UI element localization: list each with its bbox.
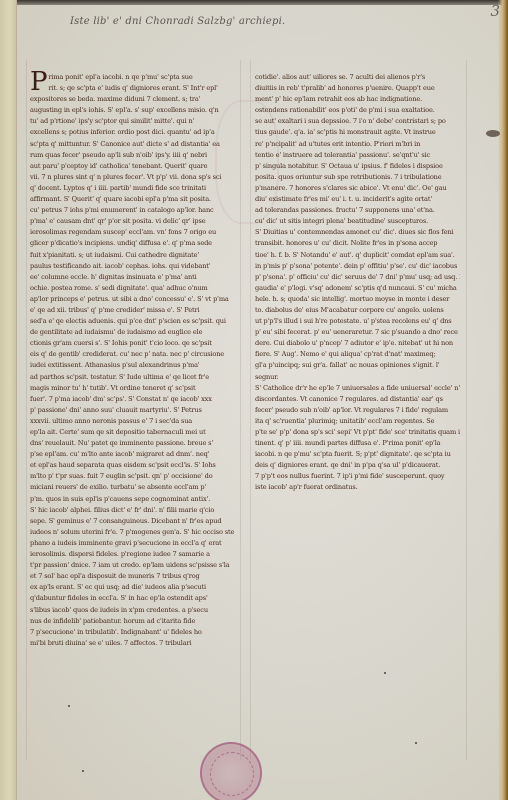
text-line: S' Diuitias u' contemnendas amonet cu' d… bbox=[255, 227, 460, 238]
text-line: transibit. honores u' cu' dicit. Nolite … bbox=[255, 238, 460, 249]
text-line: 7 p'p't eos nullus fuerint. 7 ip'i p'mi … bbox=[255, 471, 460, 482]
ruling-line bbox=[26, 60, 27, 760]
text-line: tioe' h. f. b. S' Notandu' e' aut'. q' d… bbox=[255, 250, 460, 261]
speck bbox=[82, 770, 84, 772]
text-line: s'libus iacob' quos de iudeis in x'pm cr… bbox=[30, 605, 235, 616]
text-line: ad parthos sc'psit. testatur. S' Iude ul… bbox=[30, 372, 235, 383]
text-line: fiere. S' Aug'. Nemo e' qui aliqua' cp'r… bbox=[255, 349, 460, 360]
text-line: ostendens rationabilit' eos p'oti' de p'… bbox=[255, 105, 460, 116]
text-line: miciani reuers' de exilio. turbatu' se a… bbox=[30, 482, 235, 493]
text-line: iudeos n' solum uterini fr'e. 7 p'mogene… bbox=[30, 527, 235, 538]
ownership-inscription: Iste lib' e' dni Chonradi Salzbg' archie… bbox=[70, 16, 285, 27]
text-line: p'se epl'am. cu' m'lto ante iacob' migra… bbox=[30, 449, 235, 460]
top-edge-shadow bbox=[0, 0, 508, 5]
text-line: re' p'ncipalit' ad u'tutes erit intentio… bbox=[255, 139, 460, 150]
text-line: p' passione' dni' anno suu' cluauit mart… bbox=[30, 405, 235, 416]
text-line: ee' columne eccle. h' dignitas insinuata… bbox=[30, 272, 235, 283]
text-line: ad tolerandas passiones. fructu' 7 suppo… bbox=[255, 205, 460, 216]
text-line: augusting in epl's iohis. S' epl'a. s' s… bbox=[30, 105, 235, 116]
text-line: de gentilitate ad iudaismu' de iudaismo … bbox=[30, 327, 235, 338]
text-line: excellens s; potius inferior. ordio post… bbox=[30, 127, 235, 138]
text-line: rit. s; qe sc'pta e' iudis q' digniores … bbox=[48, 83, 235, 94]
text-line: tinent. q' p' iiii. mundi partes diffusa… bbox=[255, 438, 460, 449]
text-line: p'ma' e' causam dnt' qr' p'or sit posita… bbox=[30, 216, 235, 227]
text-line: to. diabolus de' eius M'acabatur corpore… bbox=[255, 305, 460, 316]
text-line: rima ponit' epl'a iacobi. n qe p'mu' sc'… bbox=[48, 72, 235, 83]
text-line: t'pr passion' dnice. 7 iam ut credo. ep'… bbox=[30, 560, 235, 571]
text-line: iudei extitissent. Athanasius p'sul alex… bbox=[30, 360, 235, 371]
gilt-page-edge bbox=[498, 0, 508, 800]
speck bbox=[415, 742, 417, 744]
text-line: gaudia' e' p'logi. v'sq' adonem' sc'ptis… bbox=[255, 283, 460, 294]
text-line: ut p'p'l's illud i sui h're potestate. u… bbox=[255, 316, 460, 327]
text-line: sed'a e' qe electis aduenis. qui p'ce dn… bbox=[30, 316, 235, 327]
text-line: fecer' pseudo sub n'oib' ap'lor. Vt regu… bbox=[255, 405, 460, 416]
speck bbox=[68, 705, 70, 707]
text-line: ierosolimis. dispersi fideles. p'regione… bbox=[30, 549, 235, 560]
text-line: tu' ad p'rtione' ips'y sc'ptor qui simil… bbox=[30, 116, 235, 127]
text-line: paulus testificando ait. iacob' cephas. … bbox=[30, 261, 235, 272]
manuscript-page: 3 Iste lib' e' dni Chonradi Salzbg' arch… bbox=[0, 0, 508, 800]
text-line: hele. h. s; quoda' sic intellig'. mortuo… bbox=[255, 294, 460, 305]
text-line: sc'pta q' mittuntur. S' Canonice aut' di… bbox=[30, 139, 235, 150]
seal-inner-ring bbox=[210, 752, 254, 796]
library-stamp-seal bbox=[200, 742, 262, 800]
text-line: p'te se' p'p' dona sp's sci' sepi' Vt p'… bbox=[255, 427, 460, 438]
text-line: fuit x'pianitati. s; ut iudaismi. Cui ca… bbox=[30, 250, 235, 261]
text-line: magis minor tu' h' tutib'. Vt ordine ten… bbox=[30, 383, 235, 394]
text-column-right: cotidie'. alios aut' uiliores se. 7 acul… bbox=[255, 72, 460, 494]
text-line: ctionis gr'am cuersi s'. S' Iohis ponit'… bbox=[30, 338, 235, 349]
text-column-left: P rima ponit' epl'a iacobi. n qe p'mu' s… bbox=[30, 72, 235, 649]
text-line: ierosolimas regendam suscep' eccl'am. vn… bbox=[30, 227, 235, 238]
decorated-initial: P bbox=[30, 71, 47, 93]
text-line: tius gaude'. q'a. ia' sc'ptis hi monstra… bbox=[255, 127, 460, 138]
text-line: posita. quos oriuntur sub spe retributio… bbox=[255, 172, 460, 183]
text-line: ep'la ait. Certe' sum qe sit depositio t… bbox=[30, 427, 235, 438]
text-line: ita q' sc'ruentia' plurimiq; unitatib' e… bbox=[255, 416, 460, 427]
text-line: S' Catholice dr'r he ep'le 7 uniuersales… bbox=[255, 383, 460, 394]
text-line: diuitiis in reb' t'pralib' ad honores p'… bbox=[255, 83, 460, 94]
text-line: dere. Cui diabolo u' p'ncep' 7 adiutor e… bbox=[255, 338, 460, 349]
text-line: ap'lor princeps e' petrus. ut sibi a dno… bbox=[30, 294, 235, 305]
text-line: deis q' digniores erant. qe dni' in p'pa… bbox=[255, 460, 460, 471]
text-line: cu' dic' ut sitis integri plena' beatitu… bbox=[255, 216, 460, 227]
text-line: expositores se beda. maxime diduni 7 cle… bbox=[30, 94, 235, 105]
text-line: se aut' exaltari i sua depssioe. 7 i'o n… bbox=[255, 116, 460, 127]
text-line: diu' existimate fr'es mi' eu' i. t. u. i… bbox=[255, 194, 460, 205]
binding-gutter bbox=[0, 0, 17, 800]
text-line: 7 p'secucione' in tribulatib'. Indignaba… bbox=[30, 627, 235, 638]
folio-number: 3 bbox=[490, 2, 500, 20]
text-line: segnur. bbox=[255, 372, 460, 383]
text-line: p' eu' sibi fecerat. p' eu' ueneraretur.… bbox=[255, 327, 460, 338]
text-line: p' singula notabitur. S' Octaua u' ipsiu… bbox=[255, 161, 460, 172]
text-line: phano a iudeis imminente gravi p'secucio… bbox=[30, 538, 235, 549]
text-line: p'manere. 7 honores s'clares sic abice'.… bbox=[255, 183, 460, 194]
text-line: sepe. S' geminus e' 7 consanguineus. Dic… bbox=[30, 516, 235, 527]
text-line: iacobi. n qe p'mu' sc'pta fuerit. S; p'p… bbox=[255, 449, 460, 460]
text-line: ex ap'ls erant. S' ec qui usq; ad die' i… bbox=[30, 582, 235, 593]
text-line: aut paru' p'ceptoy id' catholica' teneba… bbox=[30, 161, 235, 172]
text-line: ochie. postea rome. s' sedi dignitate'. … bbox=[30, 283, 235, 294]
text-line: xxxvii. ultimo anno neronis passus e' 7 … bbox=[30, 416, 235, 427]
text-line: et epl'as haud separata quas eisdem sc'p… bbox=[30, 460, 235, 471]
text-line: glicer p'dicatio's incipiens. undiq' dif… bbox=[30, 238, 235, 249]
text-line: e' qe ad xii. tribus' q' p'me credider' … bbox=[30, 305, 235, 316]
text-line: in p'mis p' p'sona' potente'. dein p' of… bbox=[255, 261, 460, 272]
ruling-line bbox=[466, 60, 467, 760]
text-line: dns' reuelauit. Nu' patet qe imminente p… bbox=[30, 438, 235, 449]
text-line: vii. 7 n plures sint q' n plures fecer'.… bbox=[30, 172, 235, 183]
text-line: p'm. quos in suis epl'is p'cauens sepe c… bbox=[30, 494, 235, 505]
text-line: rum quas fecer' pseudo ap'li sub n'oib' … bbox=[30, 150, 235, 161]
text-line: nus de infidelib' patiebantur. horum ad … bbox=[30, 616, 235, 627]
text-line: iste iacob' ap'r fuerat ordinatus. bbox=[255, 482, 460, 493]
text-line: gl'a p'uincipq; sui gr'a. fallat' ac nou… bbox=[255, 360, 460, 371]
text-line: cotidie'. alios aut' uiliores se. 7 acul… bbox=[255, 72, 460, 83]
text-line: S' hic iacob' alphei. filius dict' e' fr… bbox=[30, 505, 235, 516]
text-line: q'dabuntur fideles in eccl'a. S' in hac … bbox=[30, 593, 235, 604]
speck bbox=[384, 672, 386, 674]
text-line: fuer'. 7 p'ma iacob' dm' sc'ps'. S' Cons… bbox=[30, 394, 235, 405]
text-line: ment' p' hic ep'lam retrahit eos ab hac … bbox=[255, 94, 460, 105]
text-line: mi'bi bruti diuina' se e' uiles. 7 affec… bbox=[30, 638, 235, 649]
text-line: q' docent. Lyptos q' i iiii. partib' mun… bbox=[30, 183, 235, 194]
ink-blot bbox=[486, 130, 500, 137]
text-line: tentio e' instruere ad tolerantia' passi… bbox=[255, 150, 460, 161]
text-line: m'lto p' t'pr suas. fuit 7 euglin sc'psi… bbox=[30, 471, 235, 482]
text-line: eis q' de gentib' crediderat. cu' nec p'… bbox=[30, 349, 235, 360]
text-line: p' p'sona'. p' officiu' cu' dic' seruus … bbox=[255, 272, 460, 283]
text-line: et 7 sol' hac epl'a disposuit de muneris… bbox=[30, 571, 235, 582]
text-line: affirmant. S' Querit' q' quare iacobi ep… bbox=[30, 194, 235, 205]
text-line: discordantes. Vt canonice 7 regulares. a… bbox=[255, 394, 460, 405]
text-line: cu' petrus 7 iohs p'mi enumerent' in cat… bbox=[30, 205, 235, 216]
